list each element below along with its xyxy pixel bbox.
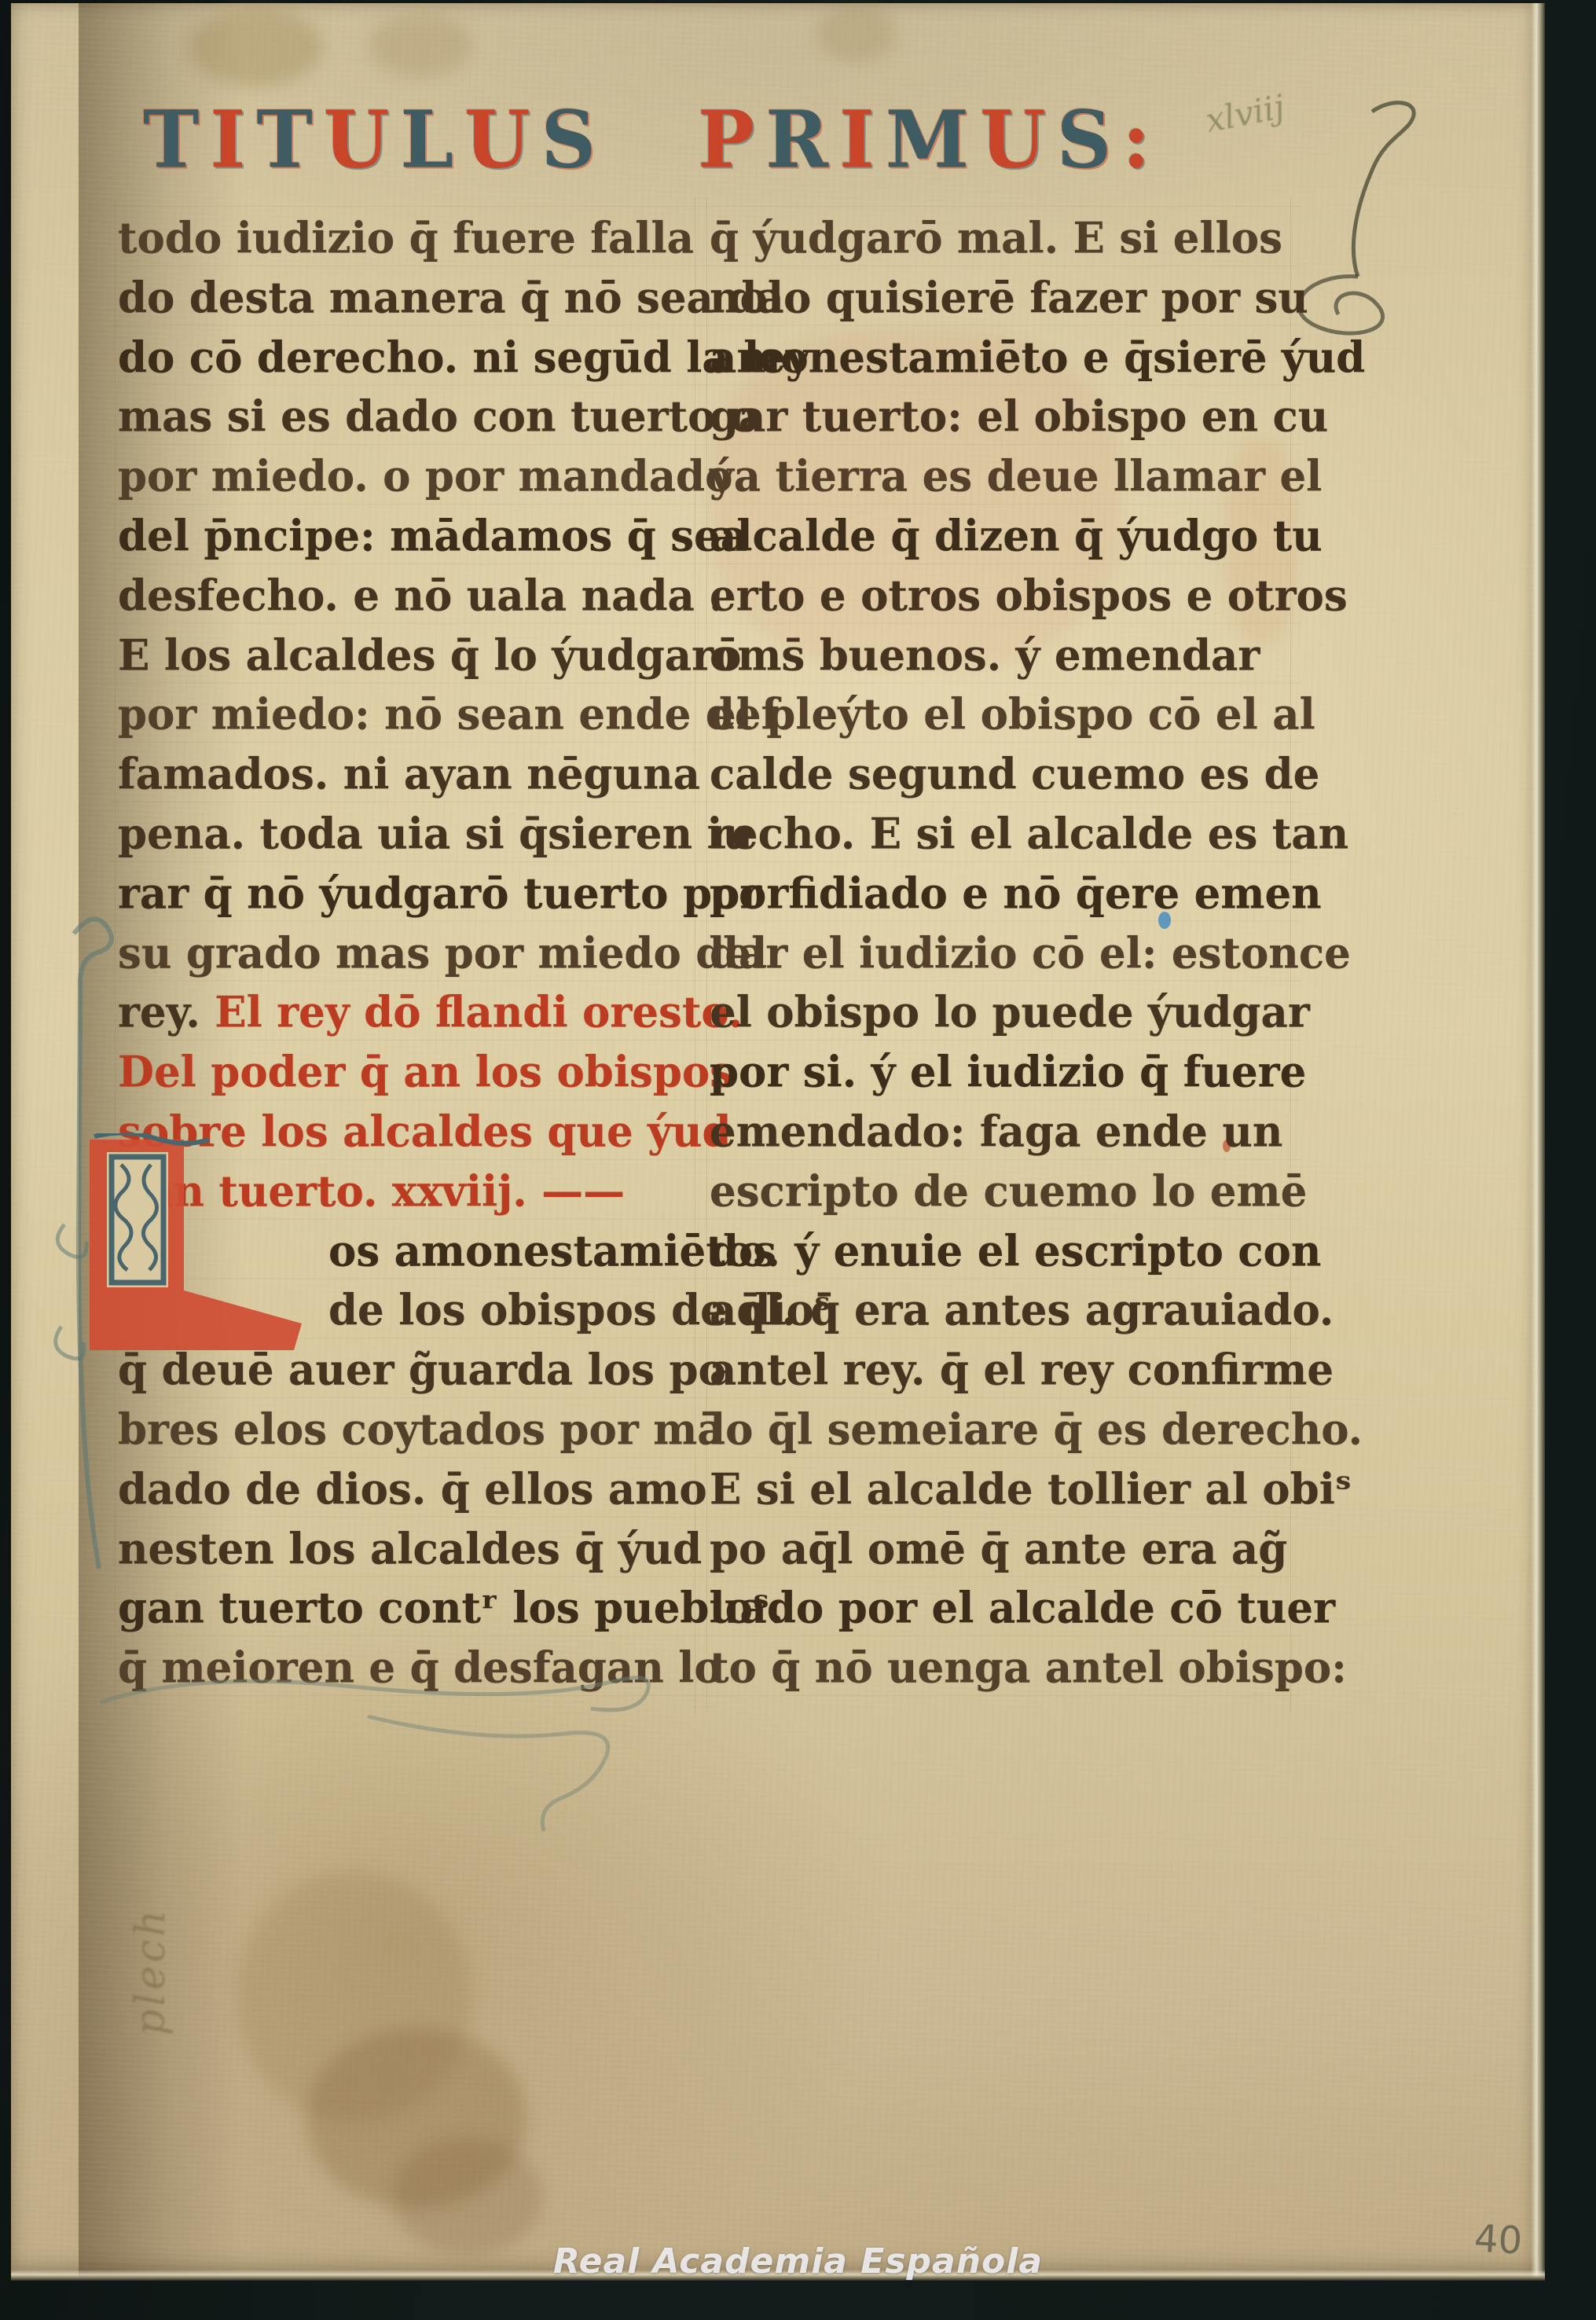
title-letter: S xyxy=(1057,97,1111,182)
body-text: erto e otros obispos e otros xyxy=(710,571,1348,621)
text-line: todo iudizio q̄ fuere falla xyxy=(118,208,701,270)
body-text: E los alcaldes q̄ lo ýudgarō xyxy=(118,630,741,681)
title-letter: T xyxy=(256,97,312,182)
text-line: lo q̄l semeiare q̄ es derecho. xyxy=(710,1400,1293,1461)
text-line: calde segund cuemo es de xyxy=(710,744,1293,806)
title-letter: U xyxy=(324,97,390,182)
text-line: desfecho. e nō uala nada . xyxy=(118,566,701,627)
text-line: to q̄ nō uenga antel obispo: xyxy=(710,1638,1293,1699)
title-letter: I xyxy=(210,97,245,182)
body-text: recho. E si el alcalde es tan xyxy=(710,809,1348,859)
title-letter: L xyxy=(401,97,454,182)
text-line: q̄ ýudgarō mal. E si ellos xyxy=(710,208,1293,270)
text-line: por miedo: nō sean ende def xyxy=(118,685,701,746)
text-line: oms̄ buenos. ý emendar xyxy=(710,625,1293,686)
text-line: alcalde q̄ dizen q̄ ýudgo tu xyxy=(710,506,1293,567)
body-text: dar el iudizio cō el: estonce xyxy=(710,928,1351,978)
text-line: erto e otros obispos e otros xyxy=(710,566,1293,627)
text-line: mas si es dado con tuerto o xyxy=(118,387,701,448)
body-text: to q̄ nō uenga antel obispo: xyxy=(710,1643,1347,1693)
body-text: po aq̄l omē q̄ ante era ag̃ xyxy=(710,1524,1287,1574)
margin-cadel-flourish xyxy=(38,887,714,1861)
body-text: escripto de cuemo lo emē xyxy=(710,1166,1307,1217)
body-text: antel rey. q̄ el rey confirme xyxy=(710,1345,1334,1395)
body-text: porfidiado e nō q̄ere emen xyxy=(710,868,1322,919)
text-line: el pleýto el obispo cō el al xyxy=(710,685,1293,746)
title-letter: P xyxy=(698,97,754,182)
body-text: del p̄ncipe: mādamos q̄ sea xyxy=(118,511,747,561)
text-line: amonestamiēto e q̄sierē ýud xyxy=(710,327,1293,388)
text-line: emendado: faga ende un xyxy=(710,1102,1293,1163)
body-text: alcalde q̄ dizen q̄ ýudgo tu xyxy=(710,511,1323,561)
body-text: desfecho. e nō uala nada . xyxy=(118,571,724,621)
body-text: oms̄ buenos. ý emendar xyxy=(710,630,1260,681)
text-line: aq̄l. q̄ era antes agrauiado. xyxy=(710,1280,1293,1342)
body-text: aq̄l. q̄ era antes agrauiado. xyxy=(710,1285,1334,1335)
text-line: do desta manera q̄ nō sea da xyxy=(118,268,701,329)
text-line: po aq̄l omē q̄ ante era ag̃ xyxy=(710,1518,1293,1580)
body-text: por si. ý el iudizio q̄ fuere xyxy=(710,1047,1306,1097)
title-letter: U xyxy=(980,97,1046,182)
title-letter: R xyxy=(765,97,828,182)
text-line: del p̄ncipe: mādamos q̄ sea xyxy=(118,506,701,567)
library-watermark: Real Academia Española xyxy=(0,2241,1596,2281)
text-line: el obispo lo puede ýudgar xyxy=(710,982,1293,1044)
text-line: por miedo. o por mandado xyxy=(118,446,701,508)
body-text: nolo quisierē fazer por su xyxy=(710,273,1308,323)
body-text: mas si es dado con tuerto o xyxy=(118,391,758,442)
title-letter: T xyxy=(143,97,199,182)
text-line: pena. toda uia si q̄sieren iu xyxy=(118,804,701,865)
text-line: E los alcaldes q̄ lo ýudgarō xyxy=(118,625,701,686)
text-line: escripto de cuemo lo emē xyxy=(710,1162,1293,1223)
title-letter: S xyxy=(541,97,596,182)
body-text: ýa tierra es deue llamar el xyxy=(710,451,1322,501)
body-text: pena. toda uia si q̄sieren iu xyxy=(118,809,753,859)
text-line: dar el iudizio cō el: estonce xyxy=(710,923,1293,984)
body-text: gar tuerto: el obispo en cu xyxy=(710,391,1328,442)
body-text: q̄ ýudgarō mal. E si ellos xyxy=(710,213,1282,263)
text-line: ýa tierra es deue llamar el xyxy=(710,446,1293,508)
title-letter: I xyxy=(839,97,875,182)
body-text: do. ý enuie el escripto con xyxy=(710,1226,1321,1276)
body-text: el obispo lo puede ýudgar xyxy=(710,987,1310,1037)
body-text: por miedo: nō sean ende def xyxy=(118,689,779,740)
running-title-right: PRIMUS: xyxy=(698,99,1161,193)
body-text: por miedo. o por mandado xyxy=(118,451,732,501)
text-column-right: q̄ ýudgarō mal. E si ellosnolo quisierē … xyxy=(710,209,1293,1698)
body-text: uado por el alcalde cō tuer xyxy=(710,1583,1335,1633)
title-letter: : xyxy=(1122,97,1150,182)
text-line: uado por el alcalde cō tuer xyxy=(710,1578,1293,1639)
body-text: el pleýto el obispo cō el al xyxy=(710,689,1315,740)
body-text: E si el alcalde tollier al obiˢ xyxy=(710,1464,1352,1514)
body-text: do cō derecho. ni segūd la ley xyxy=(118,332,810,383)
text-line: por si. ý el iudizio q̄ fuere xyxy=(710,1042,1293,1103)
body-text: emendado: faga ende un xyxy=(710,1107,1282,1157)
text-line: recho. E si el alcalde es tan xyxy=(710,804,1293,865)
text-line: porfidiado e nō q̄ere emen xyxy=(710,864,1293,925)
margin-inscription-bottom-left: plech xyxy=(127,1907,174,2036)
text-line: nolo quisierē fazer por su xyxy=(710,268,1293,329)
body-text: do desta manera q̄ nō sea da xyxy=(118,273,784,323)
body-text: lo q̄l semeiare q̄ es derecho. xyxy=(710,1404,1363,1455)
title-letter: M xyxy=(886,97,969,182)
text-line: gar tuerto: el obispo en cu xyxy=(710,387,1293,448)
text-line: antel rey. q̄ el rey confirme xyxy=(710,1340,1293,1401)
page-right-edge xyxy=(1531,3,1545,2281)
text-line: E si el alcalde tollier al obiˢ xyxy=(710,1459,1293,1521)
body-text: famados. ni ayan nēguna xyxy=(118,749,700,799)
text-line: do cō derecho. ni segūd la ley xyxy=(118,327,701,388)
text-line: do. ý enuie el escripto con xyxy=(710,1221,1293,1282)
body-text: calde segund cuemo es de xyxy=(710,749,1319,799)
body-text: amonestamiēto e q̄sierē ýud xyxy=(710,332,1365,383)
title-letter: U xyxy=(464,97,530,182)
running-title-left: TITULUS xyxy=(143,99,607,193)
body-text: todo iudizio q̄ fuere falla xyxy=(118,213,694,263)
text-line: famados. ni ayan nēguna xyxy=(118,744,701,806)
manuscript-photo: TITULUS PRIMUS: xlviij todo iudizio q̄ f… xyxy=(0,0,1596,2320)
